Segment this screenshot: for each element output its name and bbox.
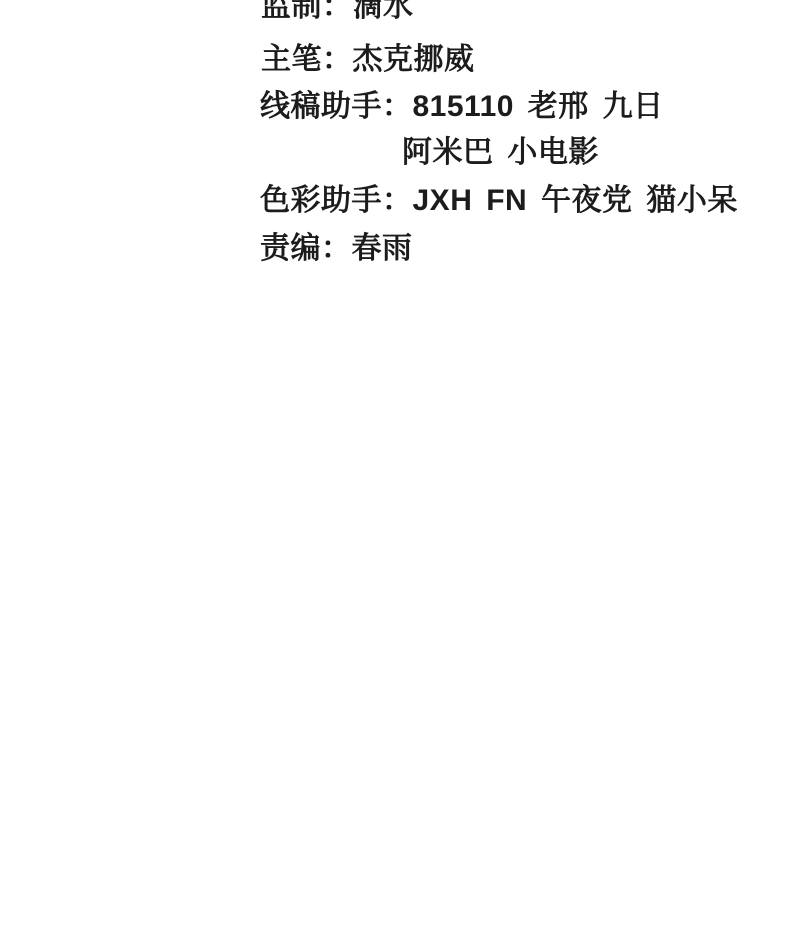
credit-line-lead-artist: 主笔：杰克挪威	[261, 45, 475, 75]
credit-line-lineart-assistants-continued: 阿米巴 小电影	[402, 138, 599, 168]
credit-line-supervisor: 监制：滴水	[261, 0, 414, 22]
credit-line-editor: 责编：春雨	[260, 234, 413, 264]
credit-line-lineart-assistants: 线稿助手：815110 老邢 九日	[260, 92, 664, 122]
credit-line-color-assistants: 色彩助手：JXH FN 午夜党 猫小呆	[260, 186, 738, 216]
credits-page: 监制：滴水 主笔：杰克挪威 线稿助手：815110 老邢 九日 阿米巴 小电影 …	[0, 0, 800, 950]
